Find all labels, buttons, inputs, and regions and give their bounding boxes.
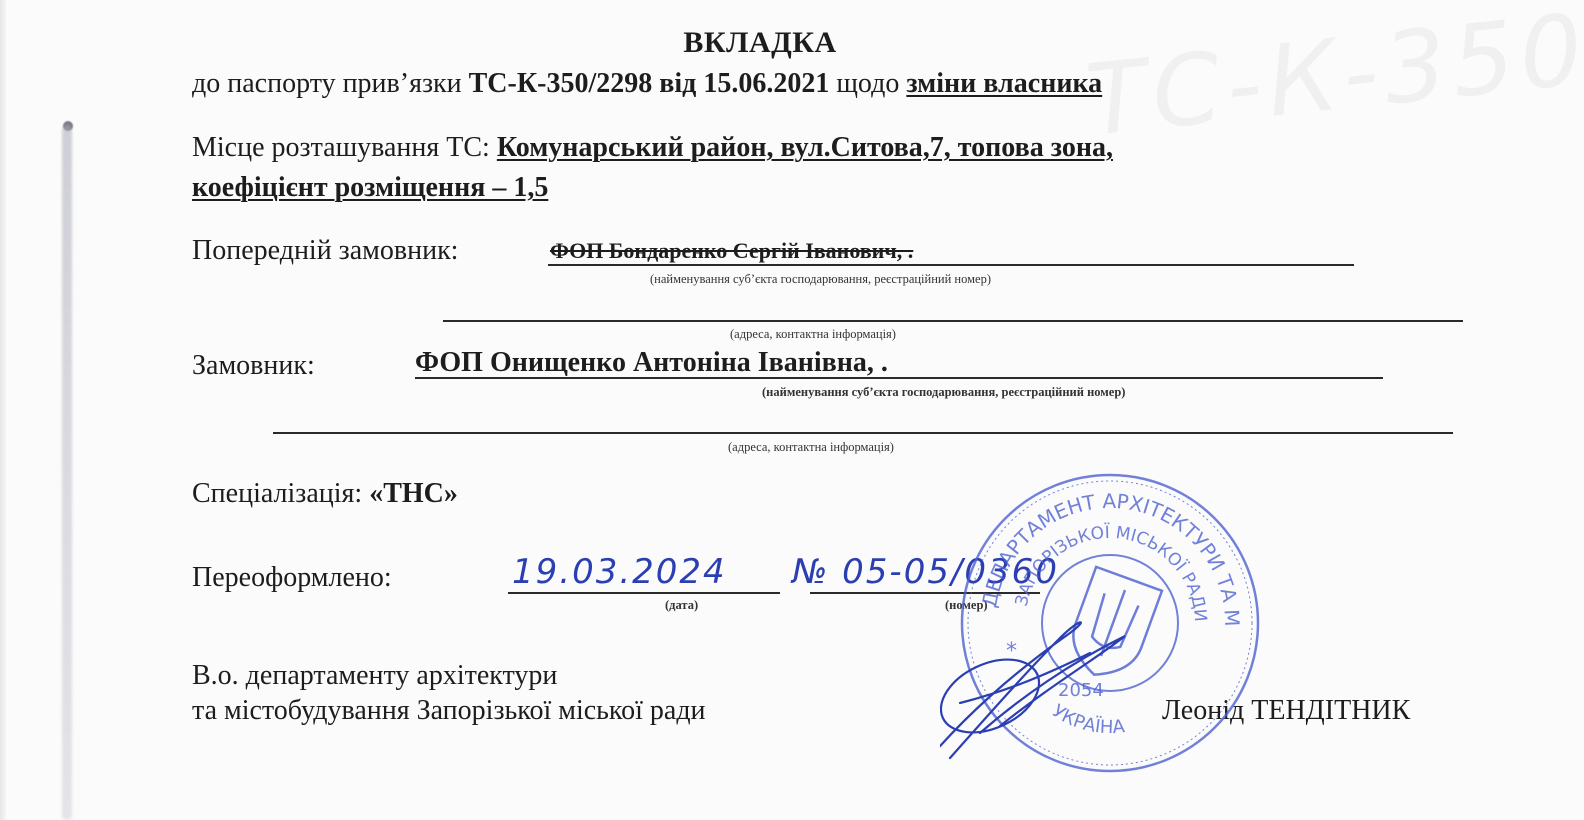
reissued-date-caption: (дата) (665, 598, 698, 613)
previous-customer-address-line (443, 320, 1463, 322)
location-value-2: коефіцієнт розміщення – 1,5 (192, 172, 548, 204)
previous-customer-name-caption: (найменування суб’єкта господарювання, р… (650, 272, 991, 287)
subtitle-subject: зміни власника (906, 68, 1102, 99)
previous-customer-name-line (548, 264, 1354, 266)
bleed-through-text: ТС-К-350/229 (1081, 0, 1584, 159)
previous-customer-value: ФОП Бондаренко Сергій Іванович, . (550, 238, 913, 264)
specialization-label: Спеціалізація: (192, 478, 369, 509)
official-stamp: ДЕПАРТАМЕНТ АРХІТЕКТУРИ ТА МІСТОБУДУВАНН… (940, 458, 1280, 788)
document-subtitle: до паспорту прив’язки ТС-К-350/2298 від … (192, 68, 1102, 100)
customer-value: ФОП Онищенко Антоніна Іванівна, . (415, 347, 888, 379)
specialization-value: «ТНС» (369, 478, 458, 509)
customer-name-line (415, 377, 1383, 379)
subtitle-prefix: до паспорту прив’язки (192, 68, 469, 99)
location-line-1: Місце розташування ТС: Комунарський райо… (192, 132, 1113, 164)
location-label: Місце розташування ТС: (192, 132, 497, 163)
customer-address-line (273, 432, 1453, 434)
passport-date: 15.06.2021 (703, 68, 829, 99)
customer-address-caption: (адреса, контактна інформація) (728, 440, 894, 455)
reissued-date-handwritten: 19.03.2024 (512, 552, 727, 592)
location-value-1: Комунарський район, вул.Ситова,7, топова… (497, 132, 1113, 163)
stamp-bottom-text: УКРАЇНА (1048, 701, 1126, 739)
binding-line (62, 125, 72, 820)
subtitle-date-prefix: від (652, 68, 703, 99)
scan-edge (0, 0, 6, 820)
customer-name-caption: (найменування суб’єкта господарювання, р… (762, 385, 1125, 400)
stamp-code: 2054 (1058, 680, 1104, 701)
previous-customer-label: Попередній замовник: (192, 235, 458, 267)
reissued-date-line (508, 592, 780, 594)
reissued-label: Переоформлено: (192, 562, 392, 594)
signer-position-line-1: В.о. департаменту архітектури (192, 660, 557, 692)
svg-text:УКРАЇНА: УКРАЇНА (1048, 701, 1126, 739)
previous-customer-address-caption: (адреса, контактна інформація) (730, 327, 896, 342)
document-title: ВКЛАДКА (0, 26, 1520, 60)
document-page: ТС-К-350/229 ВКЛАДКА до паспорту прив’яз… (0, 0, 1584, 820)
signer-position-line-2: та містобудування Запорізької міської ра… (192, 695, 706, 727)
subtitle-mid: щодо (829, 68, 906, 99)
passport-number: ТС-К-350/2298 (469, 68, 653, 99)
specialization: Спеціалізація: «ТНС» (192, 478, 458, 510)
customer-label: Замовник: (192, 350, 315, 382)
